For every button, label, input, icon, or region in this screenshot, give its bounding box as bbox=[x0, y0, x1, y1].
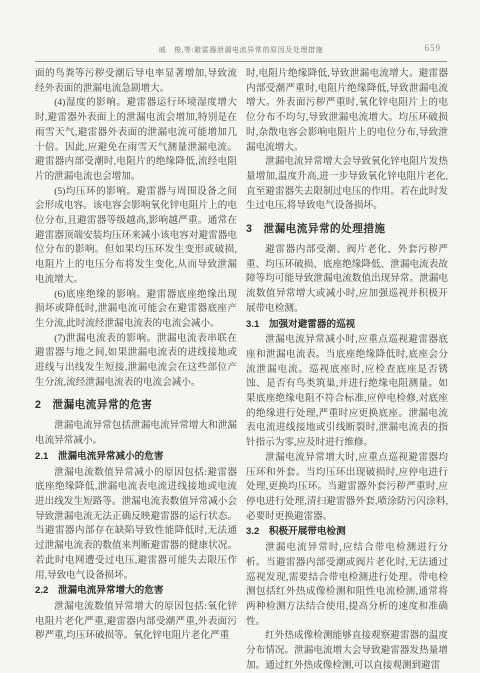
paper-page: 戚 俊,等:避雷器泄漏电流异常的原因及处理措施 659 面的鸟粪等污秽受潮后导电… bbox=[0, 0, 480, 673]
running-title: 戚 俊,等:避雷器泄漏电流异常的原因及处理措施 bbox=[35, 45, 447, 55]
paragraph: 泄漏电流异常增大会导致氧化锌电阻片发热量增加,温度升高,进一步导致氧化锌电阻片老… bbox=[246, 155, 448, 214]
left-column: 面的鸟粪等污秽受潮后导电率显著增加,导致流经外表面的泄漏电流急剧增大。 (4)湿… bbox=[35, 67, 237, 673]
subsection-heading: 3.1 加强对避雷器的巡视 bbox=[246, 318, 448, 333]
paragraph: 红外热成像检测能够直接观察避雷器的温度分布情况。泄漏电流增大会导致避雷器发热量增… bbox=[246, 629, 448, 673]
paragraph: 时,电阻片绝缘降低,导致泄漏电流增大。避雷器内部受潮严重时,电阻片绝缘降低,导致… bbox=[246, 67, 448, 155]
paragraph: 泄漏电流异常增大时,应重点巡视避雷器均压环和外套。当均压环出现破损时,应停电进行… bbox=[246, 451, 448, 525]
subsection-heading: 3.2 积极开展带电检测 bbox=[246, 525, 448, 540]
paragraph: 泄漏电流数值异常减小的原因包括:避雷器底座绝缘降低,泄漏电流表电流进线接地或电流… bbox=[35, 466, 237, 584]
text-columns: 面的鸟粪等污秽受潮后导电率显著增加,导致流经外表面的泄漏电流急剧增大。 (4)湿… bbox=[35, 67, 447, 673]
paragraph: (5)均压环的影响。避雷器与周围设备之间会形成电容。该电容会影响氧化锌电阻片上的… bbox=[35, 185, 237, 288]
section-heading: 3 泄漏电流异常的处理措施 bbox=[246, 223, 448, 236]
header-rule bbox=[35, 61, 447, 62]
paragraph: (4)湿度的影响。避雷器运行环境湿度增大时,避雷器外表面上的泄漏电流会增加,特别… bbox=[35, 96, 237, 184]
paragraph: 泄漏电流异常时,应结合带电检测进行分析。当避雷器内部受潮或阀片老化时,无法通过巡… bbox=[246, 541, 448, 629]
paragraph: 面的鸟粪等污秽受潮后导电率显著增加,导致流经外表面的泄漏电流急剧增大。 bbox=[35, 67, 237, 96]
right-column: 时,电阻片绝缘降低,导致泄漏电流增大。避雷器内部受潮严重时,电阻片绝缘降低,导致… bbox=[246, 67, 448, 673]
running-head: 戚 俊,等:避雷器泄漏电流异常的原因及处理措施 659 bbox=[35, 45, 447, 58]
paragraph: 泄漏电流数值异常增大的原因包括:氧化锌电阻片老化严重,避雷器内部受潮严重,外表面… bbox=[35, 600, 237, 644]
section-heading: 2 泄漏电流异常的危害 bbox=[35, 399, 237, 412]
subsection-heading: 2.2 泄漏电流异常增大的危害 bbox=[35, 584, 237, 599]
page-number: 659 bbox=[425, 43, 442, 53]
subsection-heading: 2.1 泄漏电流异常减小的危害 bbox=[35, 450, 237, 465]
paragraph: 避雷器内部受潮、阀片老化、外套污秽严重、均压环破损、底座绝缘降低、泄漏电流表故障… bbox=[246, 243, 448, 317]
paragraph: 泄漏电流异常包括泄漏电流异常增大和泄漏电流异常减小。 bbox=[35, 419, 237, 448]
paragraph: (7)泄漏电流表的影响。泄漏电流表串联在避雷器与地之间,如果泄漏电流表的进线接地… bbox=[35, 332, 237, 391]
paragraph: 泄漏电流异常减小时,应重点巡视避雷器底座和泄漏电流表。当底座绝缘降低时,底座会分… bbox=[246, 333, 448, 451]
paragraph: (6)底座绝缘的影响。避雷器底座绝缘出现损坏或降低时,泄漏电流可能会在避雷器底座… bbox=[35, 288, 237, 332]
